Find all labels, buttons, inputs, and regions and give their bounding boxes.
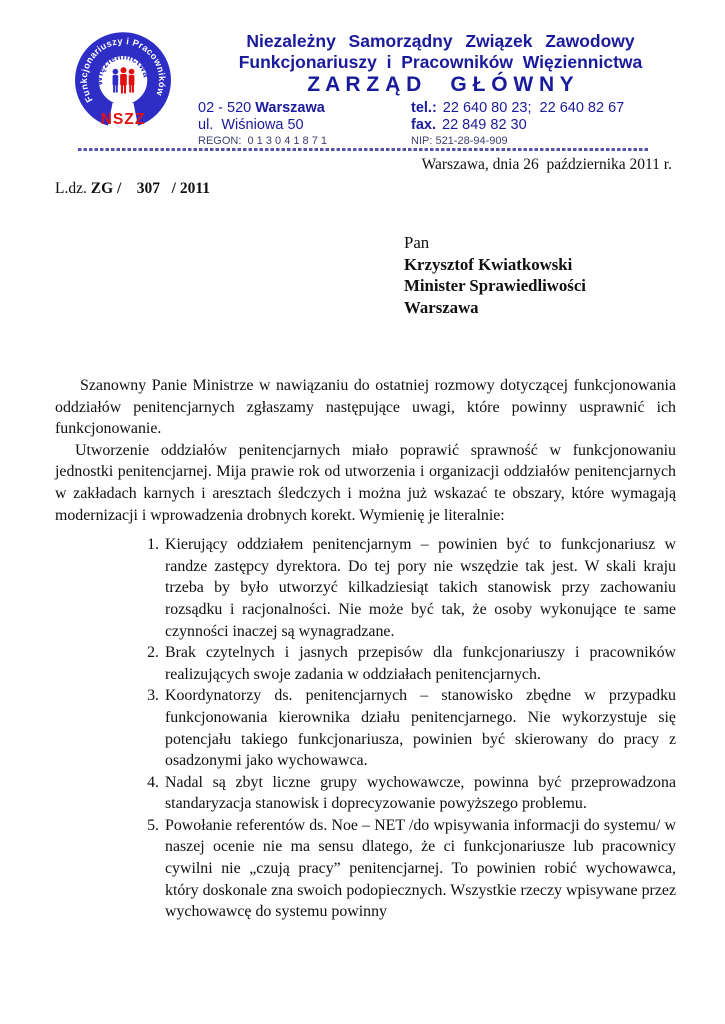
recipient-block: Pan Krzysztof Kwiatkowski Minister Spraw… (404, 232, 586, 318)
dateline: Warszawa, dnia 26 października 2011 r. (422, 156, 672, 174)
org-logo: Funkcjonariuszy i Pracowników Więziennic… (66, 26, 180, 142)
list-item: Powołanie referentów ds. Noe – NET /do w… (163, 815, 676, 923)
tel-value: 22 640 80 23; 22 640 82 67 (443, 100, 624, 116)
address-line1: 02 - 520 Warszawa (198, 100, 411, 117)
reference-number: L.dz. ZG / 307 / 2011 (55, 180, 210, 198)
letter-body: Szanowny Panie Ministrze w nawiązaniu do… (55, 375, 676, 923)
nszz-logo-icon: Funkcjonariuszy i Pracowników Więziennic… (66, 26, 180, 142)
tel-label: tel.: (411, 100, 437, 116)
list-item: Nadal są zbyt liczne grupy wychowawcze, … (163, 772, 676, 815)
letterhead-text: Niezależny Samorządny Związek Zawodowy F… (180, 26, 691, 149)
recipient-city: Warszawa (404, 297, 586, 319)
contact-block: 02 - 520 Warszawa ul. Wiśniowa 50 REGON:… (190, 100, 691, 149)
paragraph-1: Szanowny Panie Ministrze w nawiązaniu do… (55, 375, 676, 440)
nip: NIP: 521-28-94-909 (411, 134, 691, 149)
org-name-line3: Z A R Z Ą D G Ł Ó W N Y (190, 73, 691, 97)
recipient-name: Krzysztof Kwiatkowski (404, 254, 586, 276)
fax-value: 22 849 82 30 (442, 117, 527, 133)
address-city: Warszawa (255, 100, 325, 116)
issues-list: Kierujący oddziałem penitencjarnym – pow… (55, 534, 676, 923)
recipient-title: Minister Sprawiedliwości (404, 275, 586, 297)
list-item: Brak czytelnych i jasnych przepisów dla … (163, 642, 676, 685)
ref-label: L.dz. (55, 180, 91, 197)
list-item: Kierujący oddziałem penitencjarnym – pow… (163, 534, 676, 642)
people-figures-icon (113, 67, 135, 93)
ref-value: ZG / 307 / 2011 (91, 180, 210, 197)
org-name-line2: Funkcjonariuszy i Pracowników Więziennic… (190, 52, 691, 73)
postal-code: 02 - 520 (198, 100, 251, 116)
letterhead: Funkcjonariuszy i Pracowników Więziennic… (66, 26, 691, 149)
fax-label: fax. (411, 117, 436, 133)
address-line2: ul. Wiśniowa 50 (198, 117, 411, 134)
separator-line (78, 148, 648, 151)
fax-line: fax.22 849 82 30 (411, 117, 691, 134)
logo-acronym: NSZZ (101, 111, 146, 128)
regon: REGON: 0 1 3 0 4 1 8 7 1 (198, 134, 411, 149)
list-item: Koordynatorzy ds. penitencjarnych – stan… (163, 685, 676, 771)
phone-line: tel.:22 640 80 23; 22 640 82 67 (411, 100, 691, 117)
paragraph-2: Utworzenie oddziałów penitencjarnych mia… (55, 440, 676, 526)
org-name-line1: Niezależny Samorządny Związek Zawodowy (190, 31, 691, 52)
letter-page: Funkcjonariuszy i Pracowników Więziennic… (0, 0, 725, 1024)
recipient-salutation: Pan (404, 232, 586, 254)
